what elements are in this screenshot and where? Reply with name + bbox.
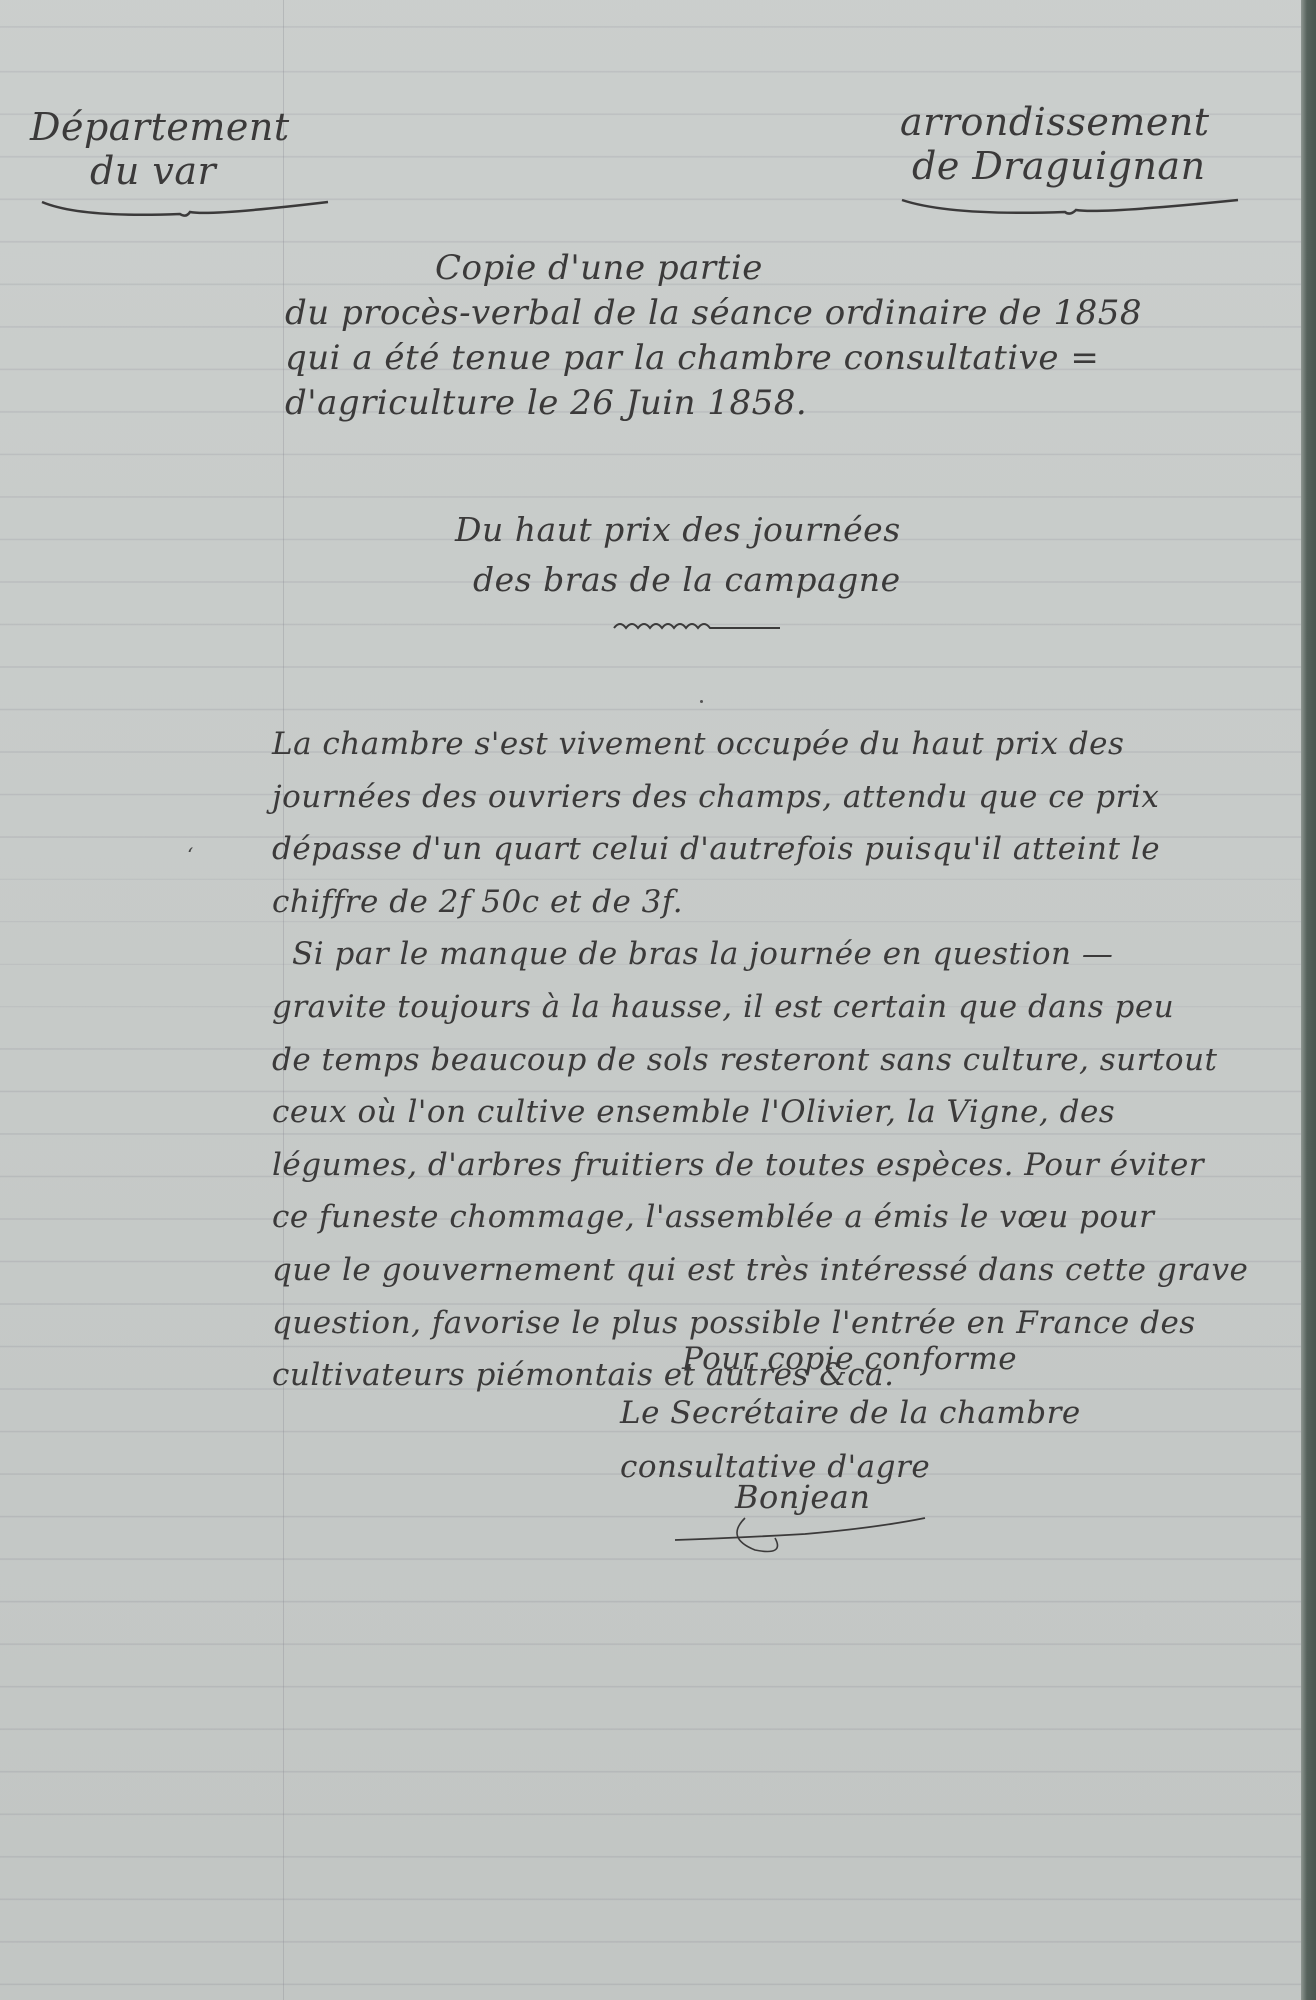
header-departement: Département du var xyxy=(30,105,290,193)
title-line2: du procès-verbal de la séance ordinaire … xyxy=(285,291,1285,336)
header-left-line2: du var xyxy=(30,149,290,193)
title-line4: d'agriculture le 26 Juin 1858. xyxy=(285,381,1285,426)
body-line: légumes, d'arbres fruitiers de toutes es… xyxy=(272,1139,1272,1192)
body-line: ceux où l'on cultive ensemble l'Olivier,… xyxy=(272,1086,1272,1139)
subject-line2: des bras de la campagne xyxy=(455,555,1055,605)
document-title: Copie d'une partie du procès-verbal de l… xyxy=(285,246,1285,426)
header-arrondissement: arrondissement de Draguignan xyxy=(900,100,1210,188)
body-paragraph: La chambre s'est vivement occupée du hau… xyxy=(272,718,1272,1402)
ink-mark: ʻ xyxy=(187,843,194,867)
header-right-line2: de Draguignan xyxy=(900,144,1210,188)
signature: Bonjean xyxy=(675,1478,975,1558)
closing-line2: Le Secrétaire de la chambre xyxy=(620,1386,1160,1440)
subject-line1: Du haut prix des journées xyxy=(455,505,1055,555)
body-line: de temps beaucoup de sols resteront sans… xyxy=(272,1034,1272,1087)
frame-edge xyxy=(1301,0,1316,2000)
body-line: chiffre de 2f 50c et de 3f. xyxy=(272,876,1272,929)
body-line: journées des ouvriers des champs, attend… xyxy=(272,771,1272,824)
body-line: Si par le manque de bras la journée en q… xyxy=(272,928,1272,981)
body-line: ce funeste chommage, l'assemblée a émis … xyxy=(272,1191,1272,1244)
manuscript-page: Département du var arrondissement de Dra… xyxy=(0,0,1301,2000)
body-line: La chambre s'est vivement occupée du hau… xyxy=(272,718,1272,771)
brace-flourish-left xyxy=(40,200,330,220)
title-line3: qui a été tenue par la chambre consultat… xyxy=(285,336,1285,381)
closing-line1: Pour copie conforme xyxy=(620,1332,1160,1386)
title-line1: Copie d'une partie xyxy=(285,246,1285,291)
body-line: gravite toujours à la hausse, il est cer… xyxy=(272,981,1272,1034)
wavy-separator xyxy=(612,616,782,636)
closing-attestation: Pour copie conforme Le Secrétaire de la … xyxy=(620,1332,1160,1494)
signature-flourish xyxy=(675,1498,935,1558)
body-line: dépasse d'un quart celui d'autrefois pui… xyxy=(272,823,1272,876)
ink-dot xyxy=(700,700,703,703)
body-line: que le gouvernement qui est très intéres… xyxy=(272,1244,1272,1297)
subject-heading: Du haut prix des journées des bras de la… xyxy=(455,505,1055,605)
brace-flourish-right xyxy=(900,198,1240,218)
header-left-line1: Département xyxy=(30,105,290,149)
header-right-line1: arrondissement xyxy=(900,100,1210,144)
